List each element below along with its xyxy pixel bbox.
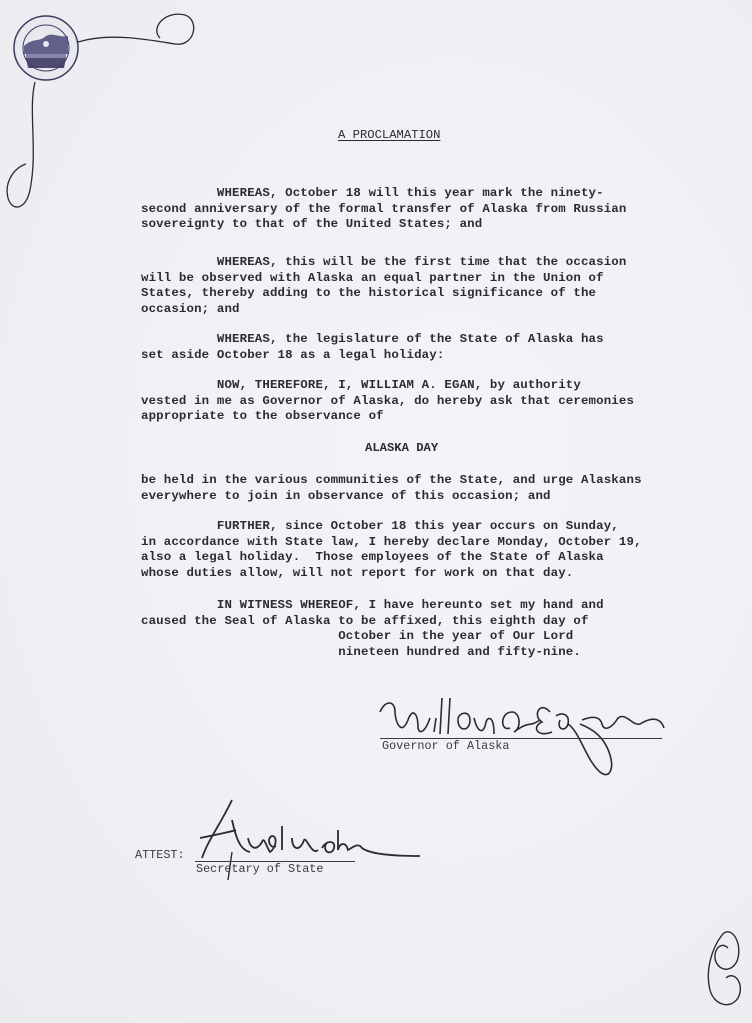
paragraph-line: WHEREAS, this will be the first time tha… [141,255,626,271]
paragraph-line: IN WITNESS WHEREOF, I have hereunto set … [141,598,604,614]
paragraph-line: October in the year of Our Lord [141,629,573,645]
paragraph-line: occasion; and [141,302,240,318]
paragraph-line: FURTHER, since October 18 this year occu… [141,519,619,535]
paragraph-line: second anniversary of the formal transfe… [141,202,626,218]
paragraph-line: whose duties allow, will not report for … [141,566,573,582]
paragraph-line: NOW, THEREFORE, I, WILLIAM A. EGAN, by a… [141,378,581,394]
paragraph-line: will be observed with Alaska an equal pa… [141,271,604,287]
paragraph-line: caused the Seal of Alaska to be affixed,… [141,614,589,630]
alaska-day-heading: ALASKA DAY [365,441,438,455]
paragraph-line: vested in me as Governor of Alaska, do h… [141,394,634,410]
proclamation-page: A PROCLAMATION WHEREAS, October 18 will … [0,0,752,1023]
attest-signature-icon [200,800,420,858]
paragraph-line: appropriate to the observance of [141,409,384,425]
paragraph-line: nineteen hundred and fifty-nine. [141,645,581,661]
paragraph-line: States, thereby adding to the historical… [141,286,596,302]
paragraph-line: also a legal holiday. Those employees of… [141,550,604,566]
attest-label: ATTEST: [135,848,185,862]
paragraph-line: WHEREAS, October 18 will this year mark … [141,186,604,202]
document-title: A PROCLAMATION [338,128,440,142]
secretary-title: Secretary of State [196,862,323,876]
paragraph-line: set aside October 18 as a legal holiday: [141,348,444,364]
paragraph-line: be held in the various communities of th… [141,473,642,489]
paragraph-line: in accordance with State law, I hereby d… [141,535,642,551]
state-seal-icon [12,14,80,82]
governor-signature-icon [380,698,664,775]
flourish-decoration [0,0,752,1023]
governor-title: Governor of Alaska [382,739,509,753]
paragraph-line: WHEREAS, the legislature of the State of… [141,332,604,348]
paragraph-line: sovereignty to that of the United States… [141,217,482,233]
paragraph-line: everywhere to join in observance of this… [141,489,551,505]
